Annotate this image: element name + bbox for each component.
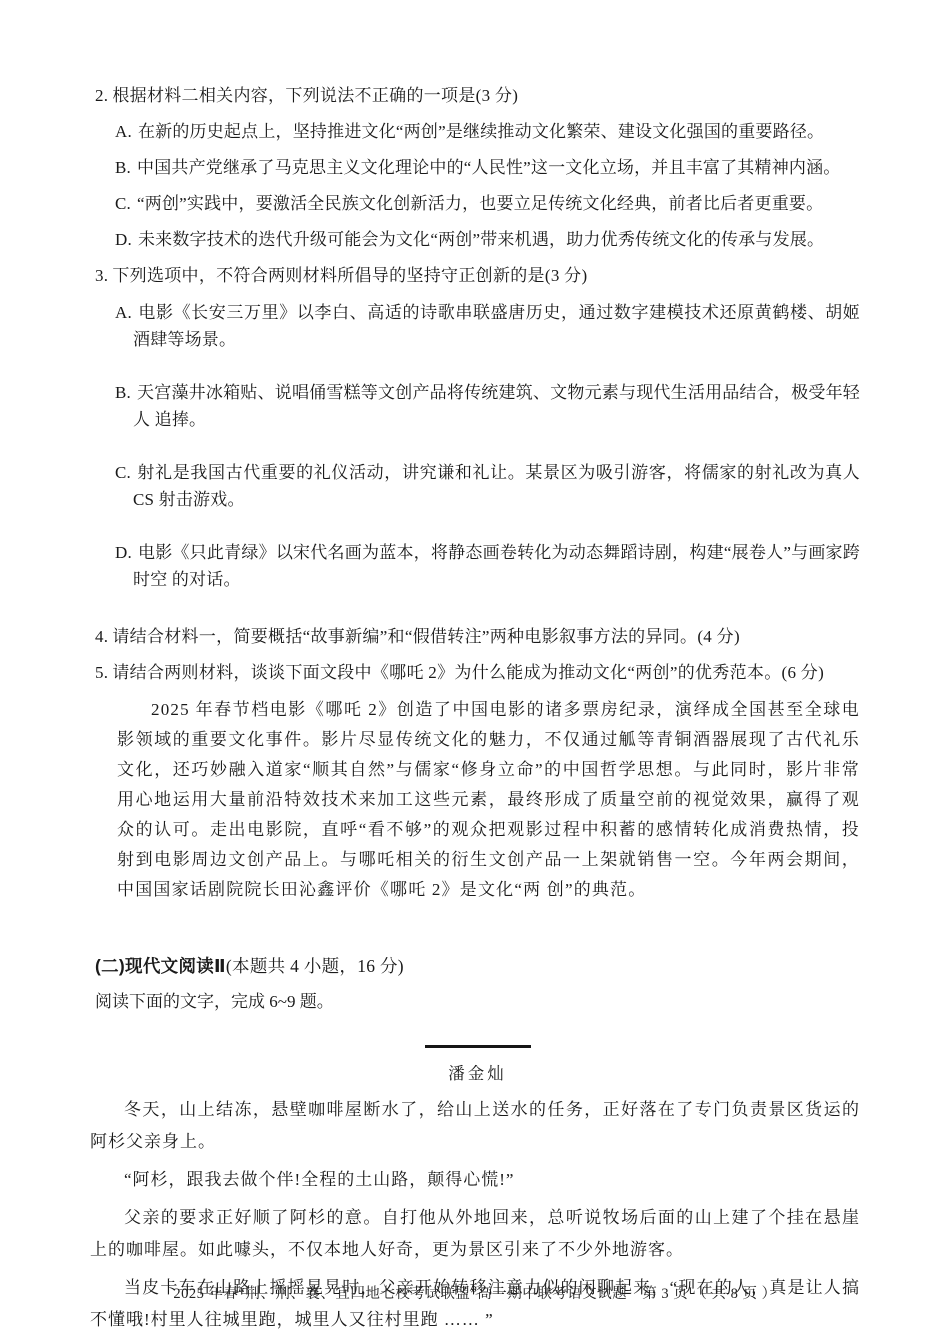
option-text-c: 射礼是我国古代重要的礼仪活动，讲究谦和礼让。某景区为吸引游客，将儒家的射礼改为真… (133, 463, 860, 509)
option-label-d: D. (115, 230, 132, 249)
question-3-stem: 3.下列选项中，不符合两则材料所倡导的坚持守正创新的是(3 分) (95, 258, 860, 294)
section-2-heading-bold: (二)现代文阅读Ⅱ (95, 956, 226, 976)
option-text-d: 电影《只此青绿》以宋代名画为蓝本，将静态画卷转化为动态舞蹈诗剧，构建“展卷人”与… (133, 543, 860, 589)
reading-instruction: 阅读下面的文字，完成 6~9 题。 (95, 989, 860, 1015)
question-2: 2.根据材料二相关内容，下列说法不正确的一项是(3 分) A.在新的历史起点上，… (95, 78, 860, 258)
page-content: 2.根据材料二相关内容，下列说法不正确的一项是(3 分) A.在新的历史起点上，… (95, 78, 860, 1342)
question-2-option-b: B.中国共产党继承了马克思主义文化理论中的“人民性”这一文化立场，并且丰富了其精… (95, 150, 860, 186)
section-2-heading-rest: (本题共 4 小题，16 分) (226, 956, 404, 976)
passage-paragraph-3: 父亲的要求正好顺了阿杉的意。自打他从外地回来，总听说牧场后面的山上建了个挂在悬崖… (90, 1202, 860, 1266)
question-2-number: 2. (95, 86, 108, 105)
question-2-stem: 2.根据材料二相关内容，下列说法不正确的一项是(3 分) (95, 78, 860, 114)
question-2-option-a: A.在新的历史起点上，坚持推进文化“两创”是继续推动文化繁荣、建设文化强国的重要… (95, 114, 860, 150)
section-2-heading: (二)现代文阅读Ⅱ(本题共 4 小题，16 分) (95, 953, 860, 979)
option-label-c: C. (115, 463, 131, 482)
option-text-b: 中国共产党继承了马克思主义文化理论中的“人民性”这一文化立场，并且丰富了其精神内… (137, 158, 841, 177)
option-text-d: 未来数字技术的迭代升级可能会为文化“两创”带来机遇，助力优秀传统文化的传承与发展… (138, 230, 824, 249)
question-5-stem: 5.请结合两则材料，谈谈下面文段中《哪吒 2》为什么能成为推动文化“两创”的优秀… (95, 655, 860, 691)
option-text-a: 在新的历史起点上，坚持推进文化“两创”是继续推动文化繁荣、建设文化强国的重要路径… (138, 122, 824, 141)
option-label-d: D. (115, 543, 132, 562)
option-label-a: A. (115, 122, 132, 141)
question-4-stem: 4.请结合材料一，简要概括“故事新编”和“假借转注”两种电影叙事方法的异同。(4… (95, 619, 860, 655)
question-5: 5.请结合两则材料，谈谈下面文段中《哪吒 2》为什么能成为推动文化“两创”的优秀… (95, 655, 860, 905)
question-3: 3.下列选项中，不符合两则材料所倡导的坚持守正创新的是(3 分) A.电影《长安… (95, 258, 860, 593)
option-label-a: A. (115, 303, 132, 322)
question-4: 4.请结合材料一，简要概括“故事新编”和“假借转注”两种电影叙事方法的异同。(4… (95, 619, 860, 655)
passage-paragraph-2: “阿杉，跟我去做个伴!全程的土山路，颠得心慌!” (90, 1164, 860, 1196)
question-5-number: 5. (95, 663, 108, 682)
section-2-reading: (二)现代文阅读Ⅱ(本题共 4 小题，16 分) 阅读下面的文字，完成 6~9 … (95, 953, 860, 1336)
page-footer: 2025 年春“荆、荆、襄、宜四地七校考试联盟”高一期中联考语文试题 第 3 页… (0, 1282, 950, 1303)
option-label-c: C. (115, 194, 131, 213)
passage-title-rule (425, 1045, 531, 1048)
question-5-stem-text: 请结合两则材料，谈谈下面文段中《哪吒 2》为什么能成为推动文化“两创”的优秀范本… (112, 663, 824, 682)
question-2-stem-text: 根据材料二相关内容，下列说法不正确的一项是(3 分) (112, 86, 518, 105)
exam-page: 2.根据材料二相关内容，下列说法不正确的一项是(3 分) A.在新的历史起点上，… (0, 0, 950, 1344)
question-5-quoted-passage: 2025 年春节档电影《哪吒 2》创造了中国电影的诸多票房纪录，演绎成全国甚至全… (117, 695, 860, 905)
question-3-option-d: D.电影《只此青绿》以宋代名画为蓝本，将静态画卷转化为动态舞蹈诗剧，构建“展卷人… (95, 539, 860, 593)
option-label-b: B. (115, 158, 131, 177)
option-text-c: “两创”实践中，要激活全民族文化创新活力，也要立足传统文化经典，前者比后者更重要… (137, 194, 823, 213)
passage-author: 潘金灿 (95, 1060, 860, 1084)
question-3-option-c: C.射礼是我国古代重要的礼仪活动，讲究谦和礼让。某景区为吸引游客，将儒家的射礼改… (95, 459, 860, 513)
option-label-b: B. (115, 383, 131, 402)
question-3-option-b: B.天宫藻井冰箱贴、说唱俑雪糕等文创产品将传统建筑、文物元素与现代生活用品结合，… (95, 379, 860, 433)
option-text-a: 电影《长安三万里》以李白、高适的诗歌串联盛唐历史，通过数字建模技术还原黄鹤楼、胡… (133, 303, 860, 349)
question-3-option-a: A.电影《长安三万里》以李白、高适的诗歌串联盛唐历史，通过数字建模技术还原黄鹤楼… (95, 299, 860, 353)
question-4-stem-text: 请结合材料一，简要概括“故事新编”和“假借转注”两种电影叙事方法的异同。(4 分… (112, 627, 740, 646)
question-4-number: 4. (95, 627, 108, 646)
question-2-option-c: C.“两创”实践中，要激活全民族文化创新活力，也要立足传统文化经典，前者比后者更… (95, 186, 860, 222)
question-2-option-d: D.未来数字技术的迭代升级可能会为文化“两创”带来机遇，助力优秀传统文化的传承与… (95, 222, 860, 258)
passage-paragraph-1: 冬天，山上结冻，悬壁咖啡屋断水了，给山上送水的任务，正好落在了专门负责景区货运的… (90, 1094, 860, 1158)
question-3-stem-text: 下列选项中，不符合两则材料所倡导的坚持守正创新的是(3 分) (112, 266, 587, 285)
question-3-number: 3. (95, 266, 108, 285)
option-text-b: 天宫藻井冰箱贴、说唱俑雪糕等文创产品将传统建筑、文物元素与现代生活用品结合，极受… (133, 383, 860, 429)
